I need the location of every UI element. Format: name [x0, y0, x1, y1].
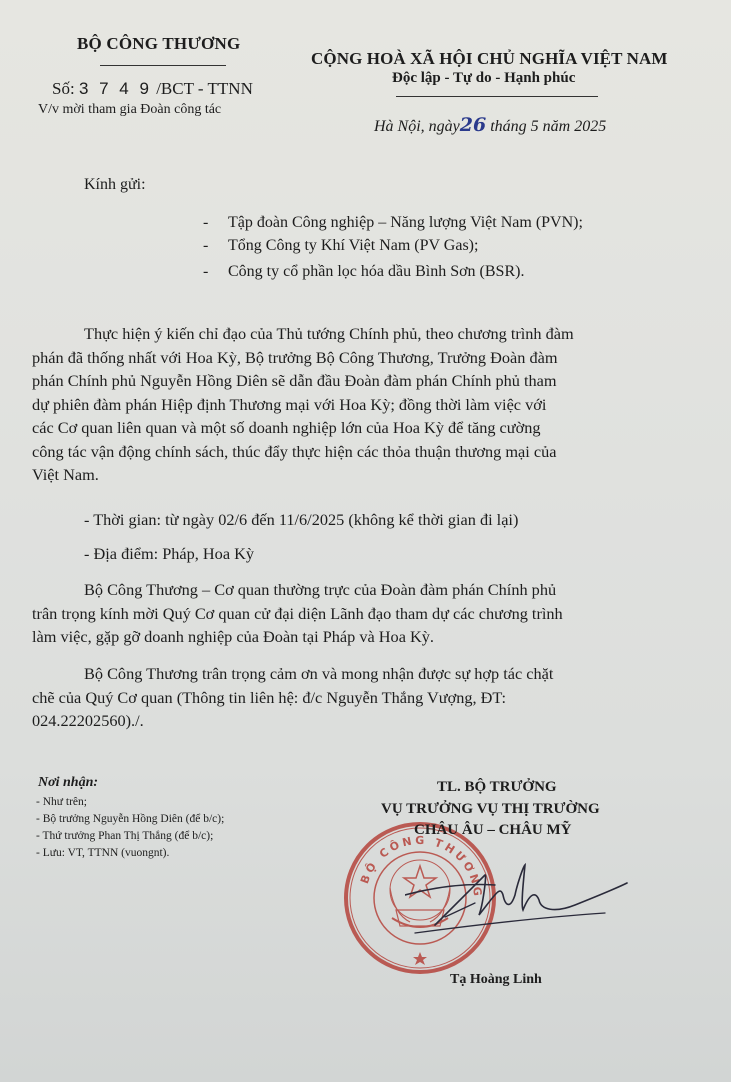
distribution-item: - Thứ trưởng Phan Thị Thắng (để b/c); — [36, 830, 213, 842]
body-line: 024.22202560)./. — [32, 709, 672, 733]
signatory-authority: TL. BỘ TRƯỞNG — [437, 779, 557, 796]
distribution-item: - Như trên; — [36, 796, 87, 808]
date-suffix: tháng 5 năm 2025 — [486, 118, 606, 135]
national-title: CỘNG HOÀ XÃ HỘI CHỦ NGHĨA VIỆT NAM — [311, 49, 668, 69]
signatory-position: VỤ TRƯỞNG VỤ THỊ TRƯỜNG — [381, 801, 600, 818]
date-day-handwritten: 26 — [460, 114, 486, 136]
body-paragraph-1: Thực hiện ý kiến chỉ đạo của Thủ tướng C… — [32, 322, 672, 487]
agency-name: BỘ CÔNG THƯƠNG — [77, 34, 240, 54]
body-line: Việt Nam. — [32, 463, 672, 487]
national-motto: Độc lập - Tự do - Hạnh phúc — [392, 70, 575, 87]
agency-underline — [100, 65, 226, 66]
body-line: phán đã thống nhất với Hoa Kỳ, Bộ trưởng… — [32, 346, 672, 370]
distribution-item: - Bộ trưởng Nguyễn Hồng Diên (để b/c); — [36, 813, 224, 825]
motto-underline — [396, 96, 598, 97]
body-line: dự phiên đàm phán Hiệp định Thương mại v… — [32, 393, 672, 417]
recipient-text: Tập đoàn Công nghiệp – Năng lượng Việt N… — [228, 214, 583, 231]
recipient-item: -Tổng Công ty Khí Việt Nam (PV Gas); — [203, 237, 478, 255]
body-line: Bộ Công Thương – Cơ quan thường trực của… — [32, 578, 672, 602]
body-line: trân trọng kính mời Quý Cơ quan cử đại d… — [32, 602, 672, 626]
document-subject: V/v mời tham gia Đoàn công tác — [38, 102, 221, 118]
distribution-item: - Lưu: VT, TTNN (vuongnt). — [36, 847, 169, 859]
recipient-item: -Tập đoàn Công nghiệp – Năng lượng Việt … — [203, 214, 583, 232]
body-line: chẽ của Quý Cơ quan (Thông tin liên hệ: … — [32, 686, 672, 710]
body-paragraph-2: Bộ Công Thương – Cơ quan thường trực của… — [32, 578, 672, 649]
trip-time: - Thời gian: từ ngày 02/6 đến 11/6/2025 … — [84, 510, 518, 530]
signatory-department: CHÂU ÂU – CHÂU MỸ — [414, 822, 572, 839]
date-prefix: Hà Nội, ngày — [374, 118, 460, 135]
body-line: các Cơ quan liên quan và một số doanh ng… — [32, 416, 672, 440]
body-line: phán Chính phủ Nguyễn Hồng Diên sẽ dẫn đ… — [32, 369, 672, 393]
document-number: Số: 3 7 4 9 /BCT - TTNN — [52, 79, 253, 99]
body-line: Bộ Công Thương trân trọng cảm ơn và mong… — [32, 662, 672, 686]
trip-place: - Địa điểm: Pháp, Hoa Kỳ — [84, 544, 254, 564]
document-number-value: 3 7 4 9 — [79, 79, 152, 98]
body-line: Thực hiện ý kiến chỉ đạo của Thủ tướng C… — [32, 322, 672, 346]
distribution-title: Nơi nhận: — [38, 775, 98, 791]
issue-date: Hà Nội, ngày26 tháng 5 năm 2025 — [374, 114, 606, 136]
document-number-prefix: Số: — [52, 79, 75, 98]
recipient-text: Công ty cổ phần lọc hóa dầu Bình Sơn (BS… — [228, 263, 524, 280]
body-line: công tác vận động chính sách, thúc đẩy t… — [32, 440, 672, 464]
recipient-text: Tổng Công ty Khí Việt Nam (PV Gas); — [228, 237, 478, 254]
handwritten-signature-icon — [405, 855, 635, 945]
recipient-item: -Công ty cổ phần lọc hóa dầu Bình Sơn (B… — [203, 263, 524, 281]
body-paragraph-3: Bộ Công Thương trân trọng cảm ơn và mong… — [32, 662, 672, 733]
signer-name: Tạ Hoàng Linh — [450, 972, 542, 988]
salutation: Kính gửi: — [84, 176, 146, 194]
document-number-suffix: /BCT - TTNN — [156, 79, 253, 98]
body-line: làm việc, gặp gỡ doanh nghiệp của Đoàn t… — [32, 625, 672, 649]
